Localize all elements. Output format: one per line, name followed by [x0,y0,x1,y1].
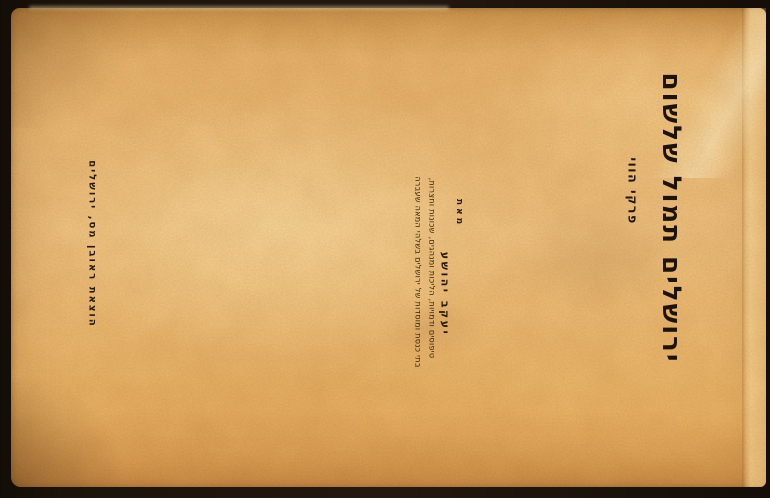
byline-label: מאת [454,199,464,227]
description-line-1: טיפוסים ודמויות, הליכות ומנהגים, שכונות … [428,178,437,359]
photo-background: ירושלים תמול שלשום פרקי הווי מאת יעקב יה… [0,0,770,498]
description-line-2: בתי כנסת ומוסדות של ירושלים בשלהי המאה ש… [414,176,423,368]
corner-shadow-bottom-left [11,377,131,487]
book-title: ירושלים תמול שלשום [656,73,686,364]
publisher-line: הוצאת ראובן מס, ירושלים [87,160,98,327]
corner-shadow-top-left [11,8,151,128]
author-name: יעקב יהושע [439,252,452,336]
book-subtitle: פרקי הווי [626,157,641,224]
book-cover: ירושלים תמול שלשום פרקי הווי מאת יעקב יה… [11,8,766,487]
reflection-highlight [616,8,766,178]
